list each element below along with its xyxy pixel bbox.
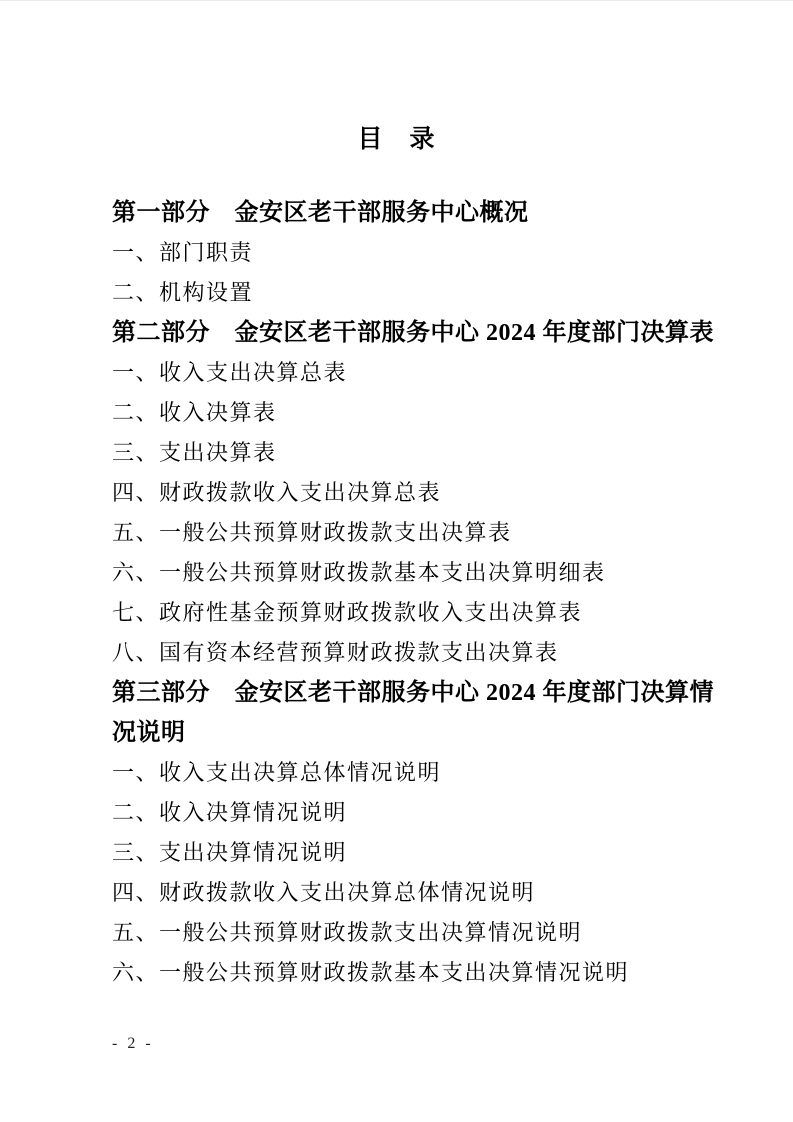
toc-entry: 四、财政拨款收入支出决算总表 [112, 473, 752, 513]
toc-entry: 一、收入支出决算总表 [112, 353, 752, 393]
toc-part-heading: 第一部分 金安区老干部服务中心概况 [112, 193, 752, 233]
toc-entry: 五、一般公共预算财政拨款支出决算表 [112, 513, 752, 553]
table-of-contents: 第一部分 金安区老干部服务中心概况 一、部门职责 二、机构设置 第二部分 金安区… [112, 193, 752, 993]
toc-entry: 二、机构设置 [112, 273, 752, 313]
page-title: 目 录 [0, 120, 793, 160]
toc-entry: 七、政府性基金预算财政拨款收入支出决算表 [112, 593, 752, 633]
toc-entry: 一、部门职责 [112, 233, 752, 273]
toc-entry: 六、一般公共预算财政拨款基本支出决算情况说明 [112, 953, 752, 993]
page-number: - 2 - [112, 1033, 154, 1055]
document-page: 目 录 第一部分 金安区老干部服务中心概况 一、部门职责 二、机构设置 第二部分… [0, 0, 793, 1122]
toc-entry: 三、支出决算情况说明 [112, 833, 752, 873]
toc-entry: 二、收入决算情况说明 [112, 793, 752, 833]
toc-entry: 六、一般公共预算财政拨款基本支出决算明细表 [112, 553, 752, 593]
toc-entry: 二、收入决算表 [112, 393, 752, 433]
toc-part-heading: 第二部分 金安区老干部服务中心 2024 年度部门决算表 [112, 313, 752, 353]
toc-part-heading: 第三部分 金安区老干部服务中心 2024 年度部门决算情 [112, 673, 752, 713]
toc-entry: 三、支出决算表 [112, 433, 752, 473]
toc-entry: 五、一般公共预算财政拨款支出决算情况说明 [112, 913, 752, 953]
toc-part-heading-continuation: 况说明 [112, 713, 752, 753]
toc-entry: 八、国有资本经营预算财政拨款支出决算表 [112, 633, 752, 673]
toc-entry: 四、财政拨款收入支出决算总体情况说明 [112, 873, 752, 913]
toc-entry: 一、收入支出决算总体情况说明 [112, 753, 752, 793]
